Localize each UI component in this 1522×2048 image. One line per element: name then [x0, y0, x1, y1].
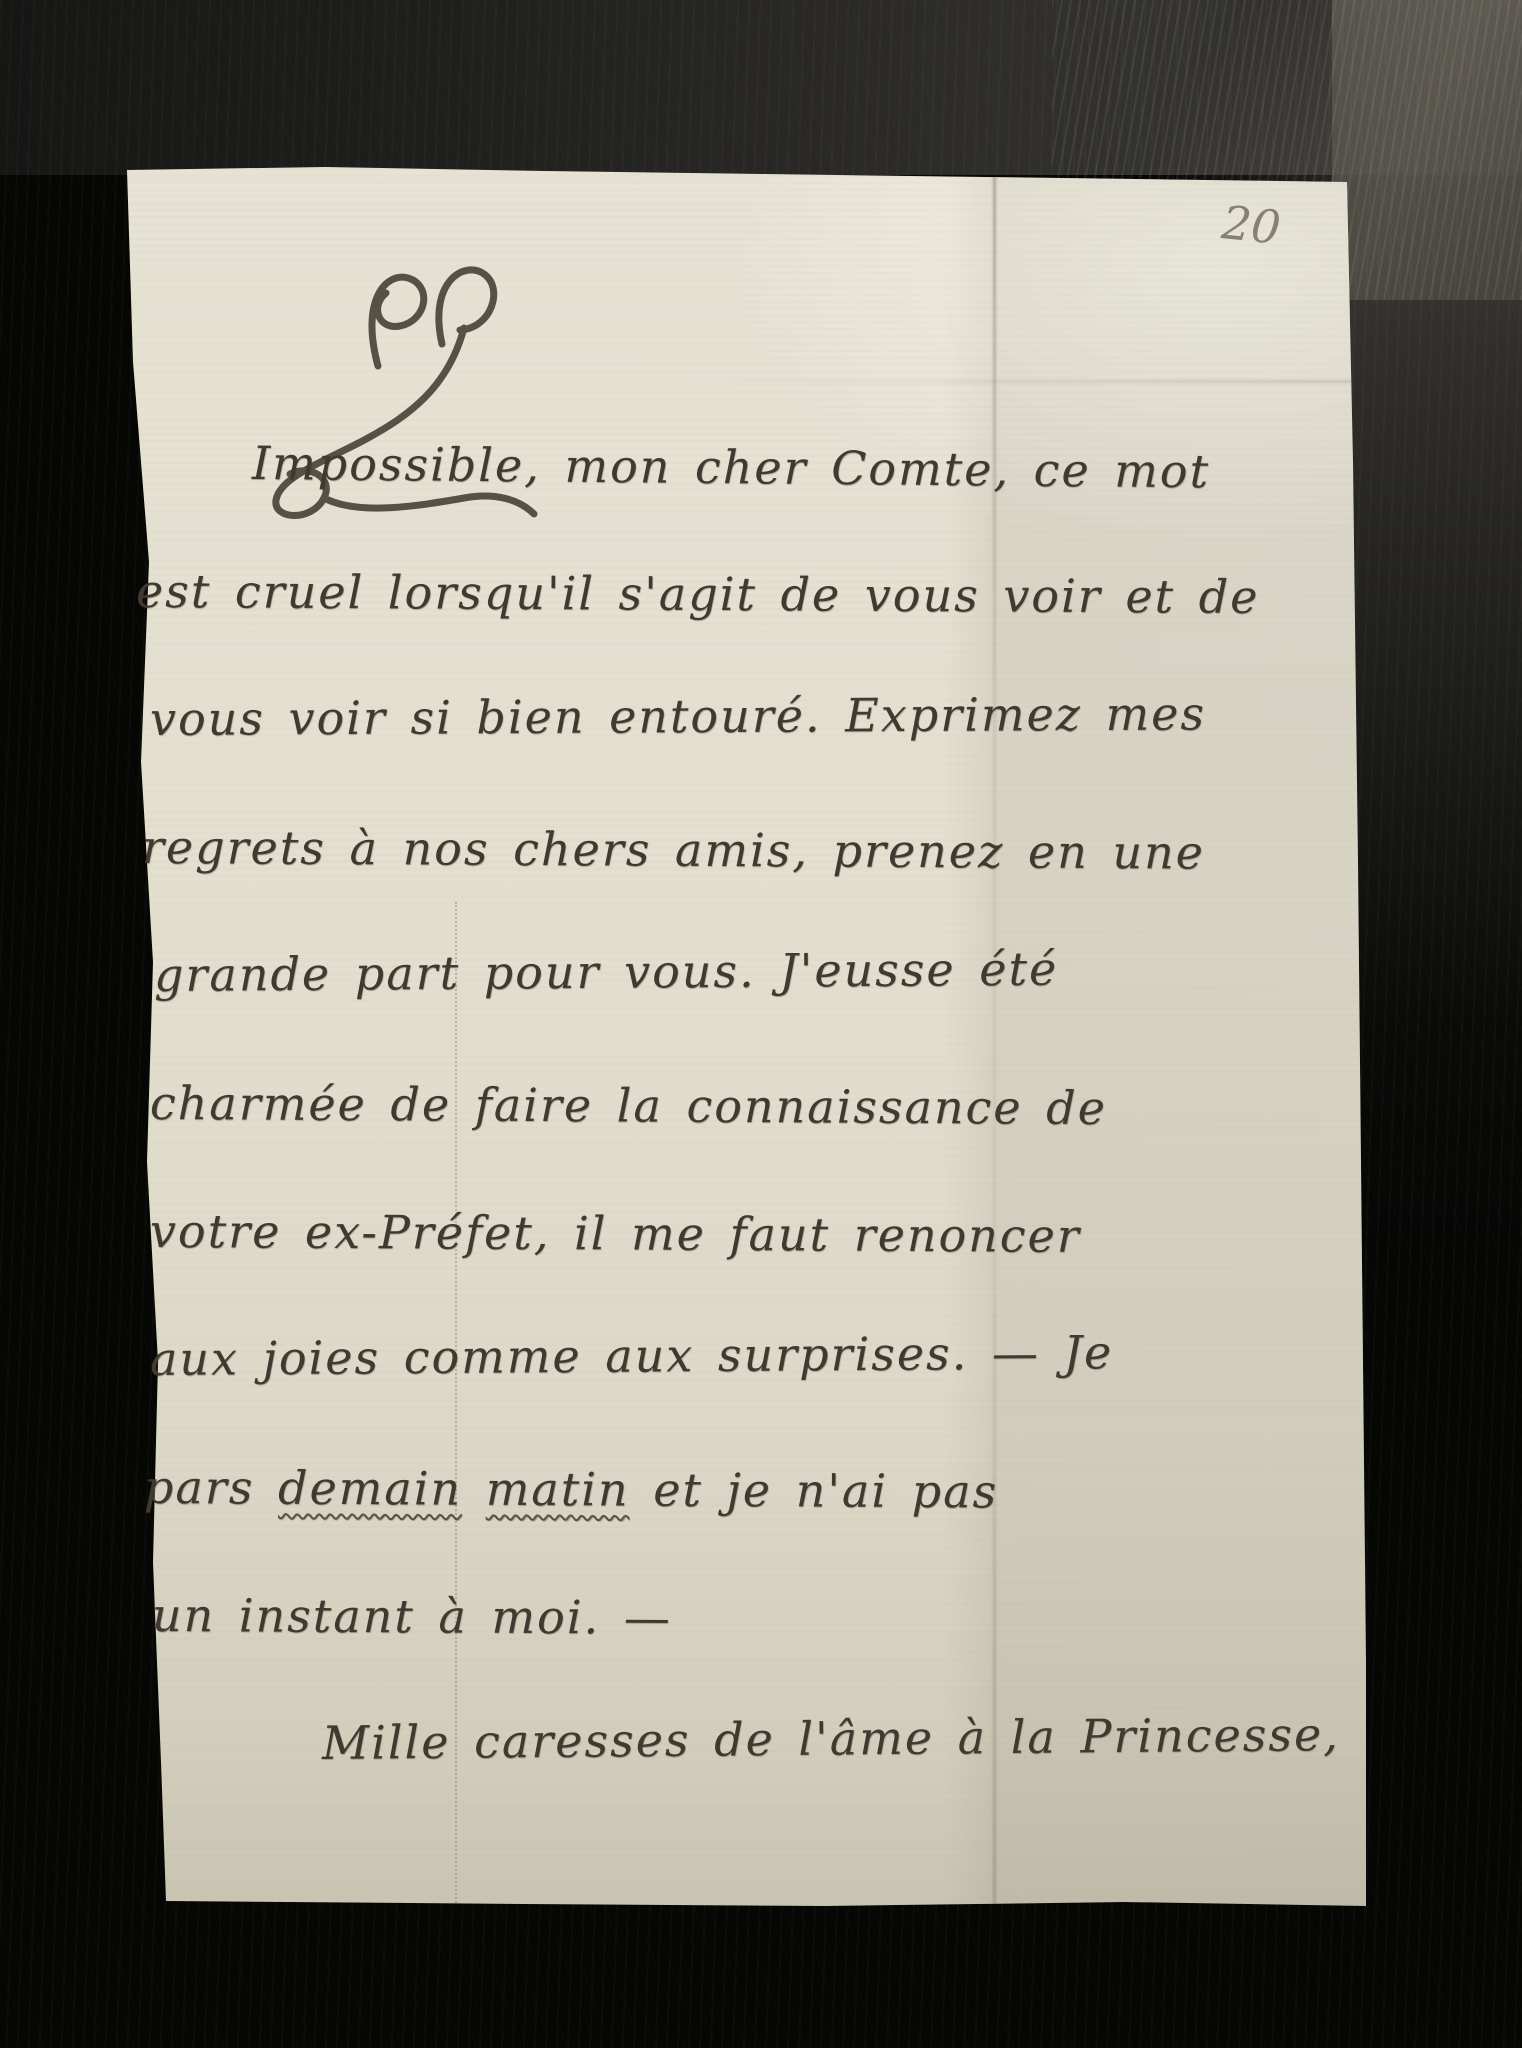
letter-text-segment: pars [144, 1460, 255, 1515]
letter-text-segment: regrets à nos chers amis, prenez en une [142, 820, 1205, 880]
photograph: 20 Impossible, mon cher Comte, ce mot es… [0, 0, 1522, 2048]
letter-text-segment: est cruel lorsqu'il s'agit de vous voir … [136, 564, 1260, 624]
underlined-word-matin: matin [486, 1462, 630, 1517]
letter-line-11: Mille caresses de l'âme à la Princesse, [322, 1707, 1340, 1770]
letter-line-1: Impossible, mon cher Comte, ce mot [252, 436, 1211, 498]
letter-text-segment: grande part pour vous. J'eusse été [154, 942, 1059, 1002]
letter-line-10: un instant à moi. — [152, 1588, 672, 1645]
horizontal-crease [683, 380, 1366, 383]
letter-line-9: pars demain matin et je n'ai pas [144, 1460, 999, 1518]
letter-line-4: regrets à nos chers amis, prenez en une [142, 820, 1205, 880]
letter-line-8: aux joies comme aux surprises. — Je [150, 1325, 1114, 1386]
letter-text-segment: un instant à moi. — [152, 1588, 672, 1645]
letter-line-3: vous voir si bien entouré. Exprimez mes [150, 686, 1206, 746]
letter-line-7: votre ex-Préfet, il me faut renoncer [150, 1204, 1081, 1263]
pencil-inventory-number: 20 [1219, 195, 1283, 255]
vertical-fold-crease [993, 162, 996, 1906]
letter-text-segment: vous voir si bien entouré. Exprimez mes [150, 686, 1206, 746]
letter-text-segment: votre ex-Préfet, il me faut renoncer [150, 1204, 1081, 1263]
underlined-word-demain: demain [278, 1461, 462, 1516]
letter-text-segment: Impossible, mon cher Comte, ce mot [252, 436, 1211, 498]
letter-line-5: grande part pour vous. J'eusse été [154, 942, 1059, 1002]
letter-text-segment: Mille caresses de l'âme à la Princesse, [322, 1707, 1340, 1770]
letter-text-segment: aux joies comme aux surprises. — Je [150, 1325, 1114, 1386]
letter-line-6: charmée de faire la connaissance de [150, 1076, 1107, 1135]
letter-text-segment: charmée de faire la connaissance de [150, 1076, 1107, 1135]
letter-text-segment: et je n'ai pas [653, 1463, 998, 1519]
letter-line-2: est cruel lorsqu'il s'agit de vous voir … [136, 564, 1260, 624]
